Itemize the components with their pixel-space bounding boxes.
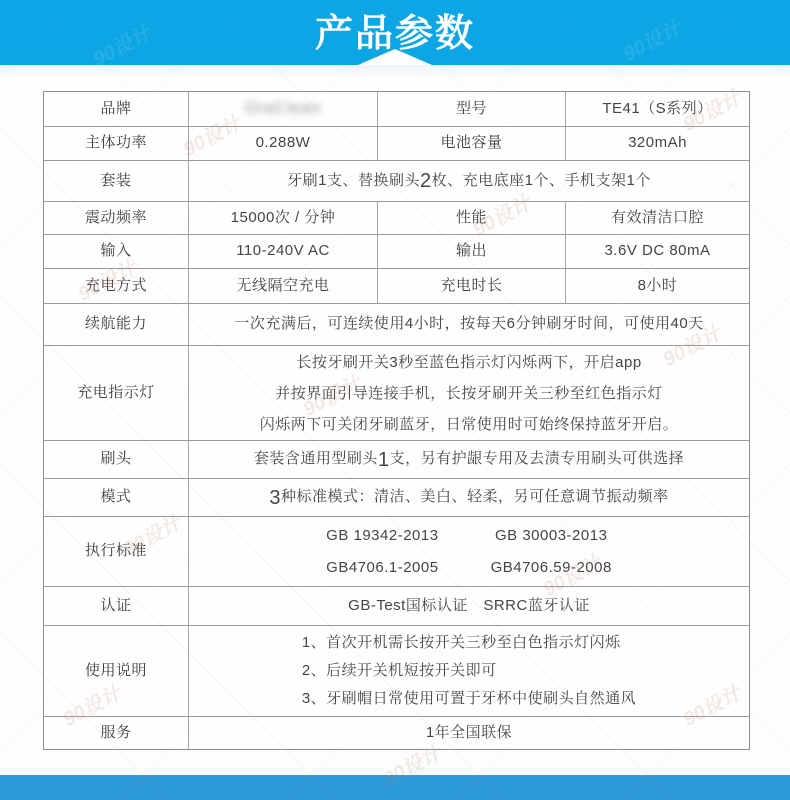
instruction-line-2: 2、后续开关机短按开关即可	[302, 657, 636, 685]
input-label: 输入	[44, 235, 189, 269]
instructions-label: 使用说明	[44, 626, 189, 717]
indicator-line-1: 长按牙刷开关3秒至蓝色指示灯闪烁两下，开启app	[296, 347, 641, 378]
indicator-line-3: 闪烁两下可关闭牙刷蓝牙，日常使用时可始终保持蓝牙开启。	[260, 409, 679, 440]
standard-item-1: GB 19342-2013	[326, 521, 438, 551]
power-value: 0.288W	[189, 127, 378, 161]
indicator-line-2: 并按界面引导连接手机，长按牙刷开关三秒至红色指示灯	[275, 378, 663, 409]
standard-item-3: GB4706.1-2005	[326, 553, 438, 583]
charge-method-label: 充电方式	[44, 269, 189, 304]
brush-head-label: 刷头	[44, 441, 189, 479]
mode-label: 模式	[44, 479, 189, 517]
endurance-label: 续航能力	[44, 304, 189, 346]
output-label: 输出	[378, 235, 566, 269]
standards-label: 执行标准	[44, 517, 189, 587]
output-value: 3.6V DC 80mA	[566, 235, 749, 269]
endurance-value: 一次充满后，可连续使用4小时，按每天6分钟刷牙时间，可使用40天	[189, 304, 749, 346]
brand-value: OraClean	[189, 92, 378, 127]
brand-label: 品牌	[44, 92, 189, 127]
standards-grid: GB 19342-2013 GB 30003-2013 GB4706.1-200…	[326, 521, 612, 583]
kit-label: 套装	[44, 161, 189, 202]
performance-value: 有效清洁口腔	[566, 202, 749, 235]
brand-blurred-text: OraClean	[245, 98, 321, 120]
page-header: 产品参数	[0, 0, 790, 65]
instruction-line-3: 3、牙刷帽日常使用可置于牙杯中使刷头自然通风	[302, 685, 636, 713]
indicator-label: 充电指示灯	[44, 346, 189, 441]
frequency-value: 15000次 / 分钟	[189, 202, 378, 235]
performance-label: 性能	[378, 202, 566, 235]
certification-value: GB-Test国标认证 SRRC蓝牙认证	[189, 587, 749, 626]
product-spec-table: 品牌 OraClean 型号 TE41（S系列） 主体功率 0.288W 电池容…	[43, 91, 750, 750]
instructions-list: 1、首次开机需长按开关三秒至白色指示灯闪烁 2、后续开关机短按开关即可 3、牙刷…	[302, 629, 636, 713]
kit-value: 牙刷1支、替换刷头2枚、充电底座1个、手机支架1个	[189, 161, 749, 202]
header-notch-icon	[358, 49, 432, 65]
header-shadow	[0, 65, 790, 79]
service-value: 1年全国联保	[189, 717, 749, 749]
footer-bar	[0, 775, 790, 800]
brush-head-value: 套装含通用型刷头1支，另有护龈专用及去渍专用刷头可供选择	[189, 441, 749, 479]
frequency-label: 震动频率	[44, 202, 189, 235]
standards-value: GB 19342-2013 GB 30003-2013 GB4706.1-200…	[189, 517, 749, 587]
input-value: 110-240V AC	[189, 235, 378, 269]
charge-time-value: 8小时	[566, 269, 749, 304]
service-label: 服务	[44, 717, 189, 749]
standard-item-4: GB4706.59-2008	[491, 553, 612, 583]
standard-item-2: GB 30003-2013	[491, 521, 612, 551]
indicator-value: 长按牙刷开关3秒至蓝色指示灯闪烁两下，开启app 并按界面引导连接手机，长按牙刷…	[189, 346, 749, 441]
power-label: 主体功率	[44, 127, 189, 161]
battery-label: 电池容量	[378, 127, 566, 161]
battery-value: 320mAh	[566, 127, 749, 161]
mode-value: 3种标准模式：清洁、美白、轻柔，另可任意调节振动频率	[189, 479, 749, 517]
charge-time-label: 充电时长	[378, 269, 566, 304]
model-label: 型号	[378, 92, 566, 127]
instruction-line-1: 1、首次开机需长按开关三秒至白色指示灯闪烁	[302, 629, 636, 657]
model-value: TE41（S系列）	[566, 92, 749, 127]
charge-method-value: 无线隔空充电	[189, 269, 378, 304]
instructions-value: 1、首次开机需长按开关三秒至白色指示灯闪烁 2、后续开关机短按开关即可 3、牙刷…	[189, 626, 749, 717]
certification-label: 认证	[44, 587, 189, 626]
